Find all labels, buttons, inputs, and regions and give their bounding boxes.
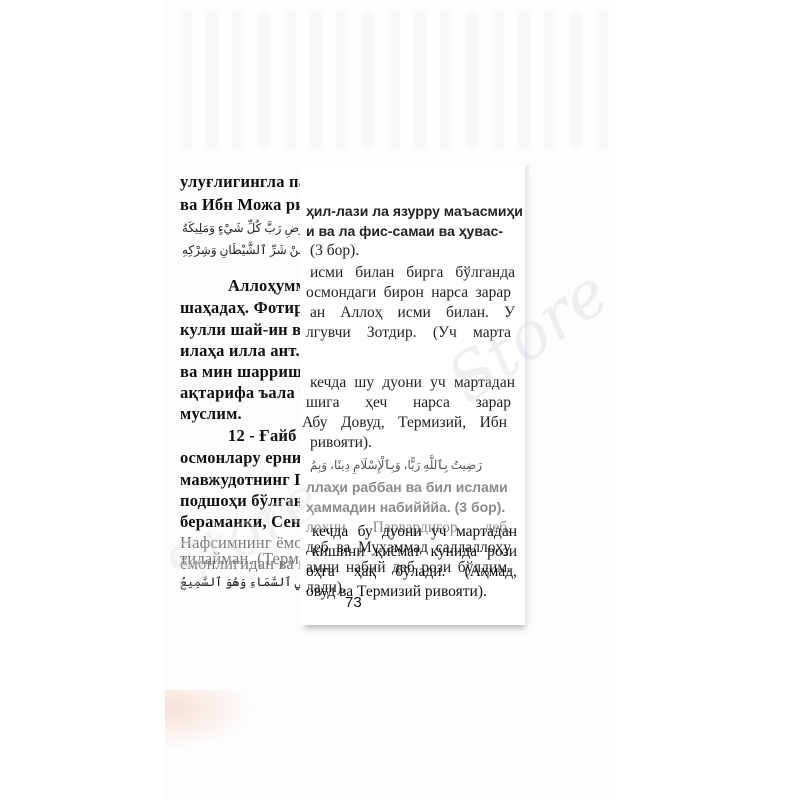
text-line: кечда шу дуони уч мартадан	[310, 373, 515, 393]
text-line: ҳаммадин набийййа. (3 бор).	[306, 497, 505, 517]
text-line: бераманки, Сен	[180, 512, 301, 532]
arabic-line: رَضِيتُ بِٱللَّهِ رَبًّا، وَبِٱلْإِسْلَا…	[310, 455, 482, 475]
text-line: муслимга ёмонли	[180, 545, 307, 547]
text-line: ривояти).	[310, 433, 372, 453]
text-line: овуд ва Термизий ривояти).	[306, 583, 487, 601]
bleed-through-text	[180, 10, 620, 150]
text-line: ҳил-лази ла язурру маъасмиҳи	[306, 201, 523, 221]
text-line: кечда бу дуони уч мартадан	[312, 523, 517, 541]
page-number: 73	[345, 594, 362, 611]
text-line: шаҳадаҳ. Фотира	[180, 298, 312, 318]
text-line: мавжудотнинг Па	[180, 470, 316, 490]
text-line: кулли шай-ин ва	[180, 320, 310, 340]
text-line: (3 бор).	[310, 241, 359, 261]
text-line: и ва ла фис-самаи ва ҳувас-	[306, 221, 503, 241]
text-line: кишини қиёмат кунида рози	[312, 543, 517, 561]
text-line: 12 - Ғайб	[228, 426, 297, 446]
text-line: Абу Довуд, Термизий, Ибн	[302, 413, 507, 433]
arabic-line: ٱلْأَرْضِ رَبَّ كُلِّ شَيْءٍ وَمَلِيكَهُ	[182, 218, 319, 238]
background-stain	[165, 690, 255, 750]
text-line: осмонлару ерни	[180, 448, 302, 468]
text-line: ллаҳи раббан ва бил ислами	[306, 477, 508, 497]
text-line: лгувчи Зотдир. (Уч марта	[306, 323, 511, 343]
text-line: исми билан бирга бўлганда	[310, 263, 515, 283]
text-line: оҳга ҳақ бўлади. (Аҳмад,	[306, 563, 517, 581]
page-edge	[526, 165, 530, 625]
text-line: ан Аллоҳ исми билан. У	[310, 303, 515, 323]
text-line: подшоҳи бўлган	[180, 491, 304, 511]
text-line: муслим.	[180, 404, 242, 424]
text-line: шига ҳеч нарса зарар	[306, 393, 511, 413]
text-line: осмондаги бирон нарса зарар	[306, 283, 511, 303]
